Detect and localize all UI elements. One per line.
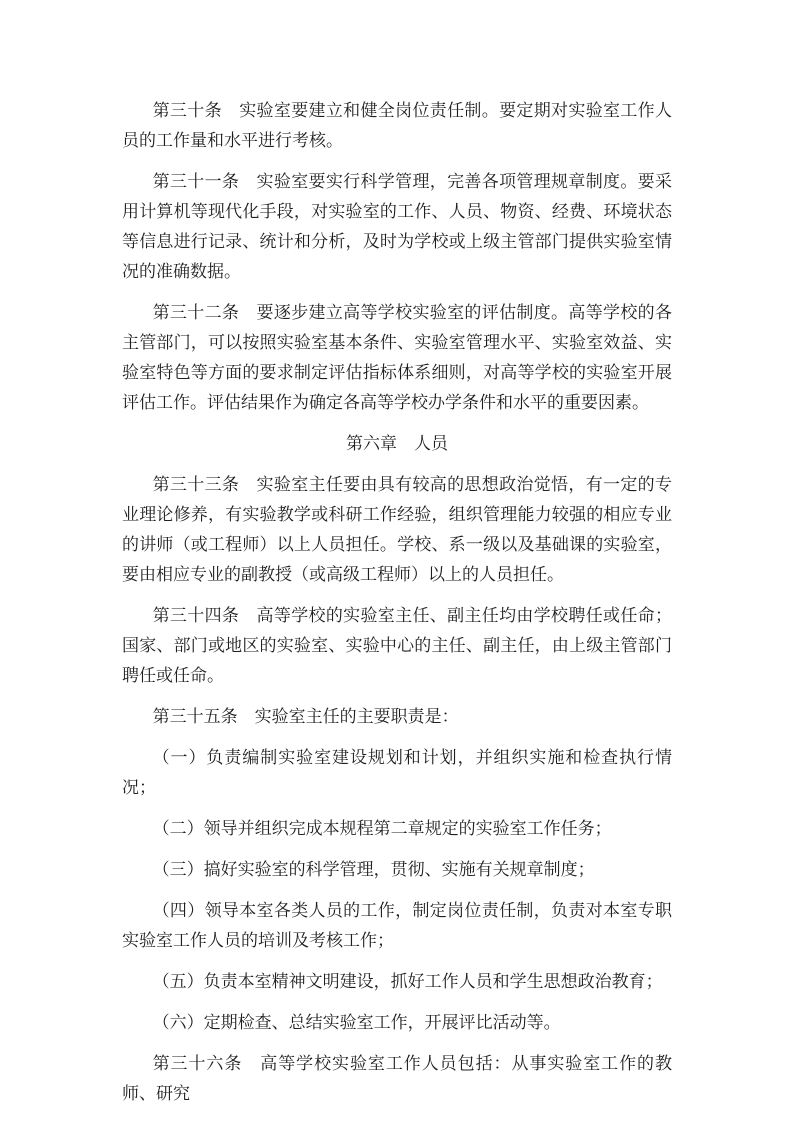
paragraph: 第三十六条 高等学校实验室工作人员包括：从事实验室工作的教师、研究 (122, 1049, 672, 1109)
list-item: （六）定期检查、总结实验室工作，开展评比活动等。 (122, 1008, 672, 1038)
paragraph: 第三十三条 实验室主任要由具有较高的思想政治觉悟，有一定的专业理论修养，有实验教… (122, 470, 672, 590)
list-item: （二）领导并组织完成本规程第二章规定的实验室工作任务； (122, 814, 672, 844)
chapter-heading: 第六章 人员 (122, 429, 672, 459)
paragraph: 第三十一条 实验室要实行科学管理，完善各项管理规章制度。要采用计算机等现代化手段… (122, 167, 672, 287)
paragraph: 第三十四条 高等学校的实验室主任、副主任均由学校聘任或任命；国家、部门或地区的实… (122, 601, 672, 691)
paragraph: 第三十二条 要逐步建立高等学校实验室的评估制度。高等学校的各主管部门，可以按照实… (122, 298, 672, 418)
document-page: 第三十条 实验室要建立和健全岗位责任制。要定期对实验室工作人员的工作量和水平进行… (0, 0, 793, 1122)
list-item: （三）搞好实验室的科学管理，贯彻、实施有关规章制度； (122, 855, 672, 885)
paragraph: 第三十条 实验室要建立和健全岗位责任制。要定期对实验室工作人员的工作量和水平进行… (122, 96, 672, 156)
paragraph: 第三十五条 实验室主任的主要职责是： (122, 702, 672, 732)
list-item: （四）领导本室各类人员的工作，制定岗位责任制，负责对本室专职实验室工作人员的培训… (122, 896, 672, 956)
list-item: （五）负责本室精神文明建设，抓好工作人员和学生思想政治教育； (122, 967, 672, 997)
list-item: （一）负责编制实验室建设规划和计划，并组织实施和检查执行情况； (122, 743, 672, 803)
